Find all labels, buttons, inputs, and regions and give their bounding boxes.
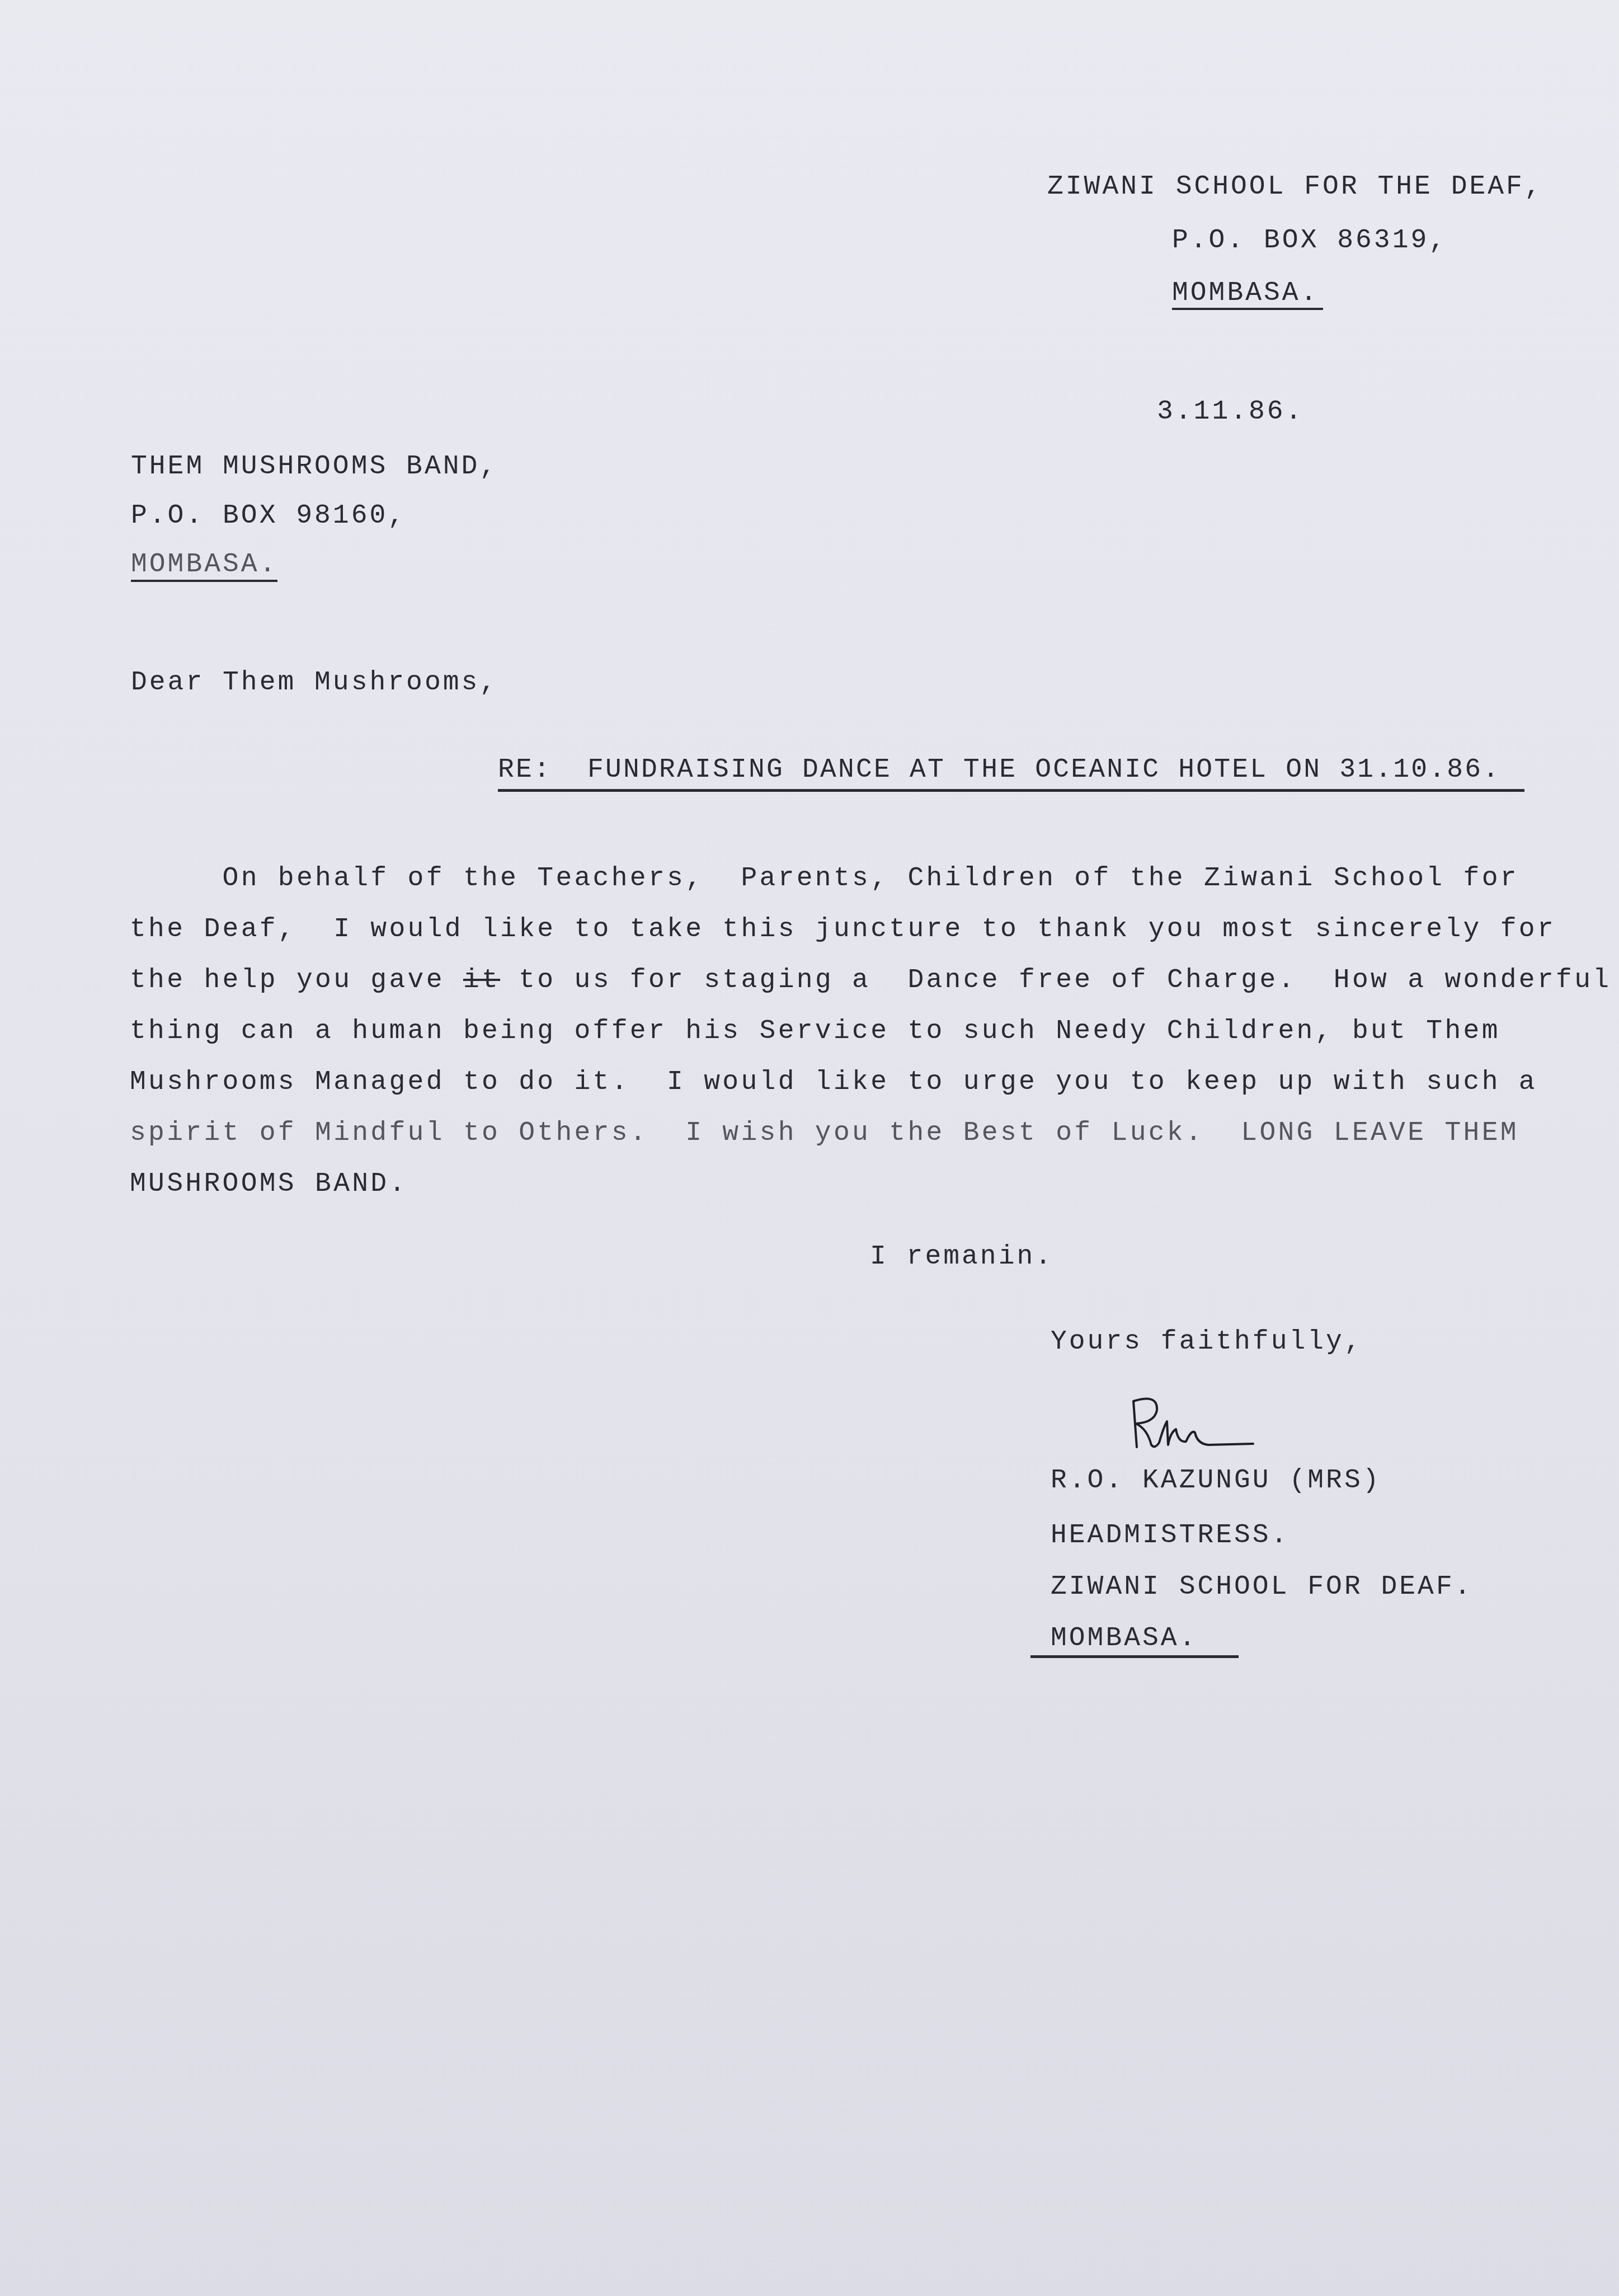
- sender-address-line2: P.O. BOX 86319,: [1172, 227, 1447, 254]
- body-line: spirit of Mindful to Others. I wish you …: [130, 1108, 1607, 1159]
- subject-underline: [498, 789, 1524, 792]
- sender-address-line3: MOMBASA.: [1172, 280, 1319, 307]
- salutation: Dear Them Mushrooms,: [131, 669, 498, 696]
- recipient-address-line2: P.O. BOX 98160,: [131, 503, 406, 529]
- subject-line: RE: FUNDRAISING DANCE AT THE OCEANIC HOT…: [498, 757, 1500, 783]
- letter-page: ZIWANI SCHOOL FOR THE DEAF, P.O. BOX 863…: [0, 0, 1619, 2296]
- signer-city-underline: [1030, 1655, 1239, 1658]
- signature-icon: [1124, 1393, 1259, 1455]
- body-paragraph: On behalf of the Teachers, Parents, Chil…: [130, 853, 1607, 1210]
- closing-yours-faithfully: Yours faithfully,: [1051, 1328, 1363, 1355]
- struck-word: it: [463, 965, 500, 996]
- body-line: thing can a human being offer his Servic…: [130, 1006, 1607, 1057]
- signer-city: MOMBASA.: [1051, 1625, 1197, 1652]
- body-line-rest: to us for staging a Dance free of Charge…: [500, 965, 1611, 996]
- signer-title: HEADMISTRESS.: [1051, 1522, 1289, 1549]
- body-line: Mushrooms Managed to do it. I would like…: [130, 1057, 1607, 1108]
- signer-organization: ZIWANI SCHOOL FOR DEAF.: [1051, 1574, 1473, 1600]
- sender-address-line1: ZIWANI SCHOOL FOR THE DEAF,: [1047, 173, 1543, 200]
- body-line: the Deaf, I would like to take this junc…: [130, 904, 1607, 955]
- body-line: the help you gave it to us for staging a…: [130, 955, 1607, 1006]
- sender-city-underline: [1172, 308, 1323, 310]
- signer-name: R.O. KAZUNGU (MRS): [1051, 1467, 1381, 1494]
- body-line-start: the help you gave: [130, 965, 463, 996]
- body-line: On behalf of the Teachers, Parents, Chil…: [130, 853, 1607, 904]
- recipient-address-line3: MOMBASA.: [131, 551, 277, 578]
- body-line: MUSHROOMS BAND.: [130, 1159, 1607, 1210]
- recipient-city-underline: [131, 580, 277, 582]
- closing-remain: I remanin.: [870, 1243, 1053, 1270]
- recipient-address-line1: THEM MUSHROOMS BAND,: [131, 453, 498, 480]
- letter-date: 3.11.86.: [1157, 398, 1303, 425]
